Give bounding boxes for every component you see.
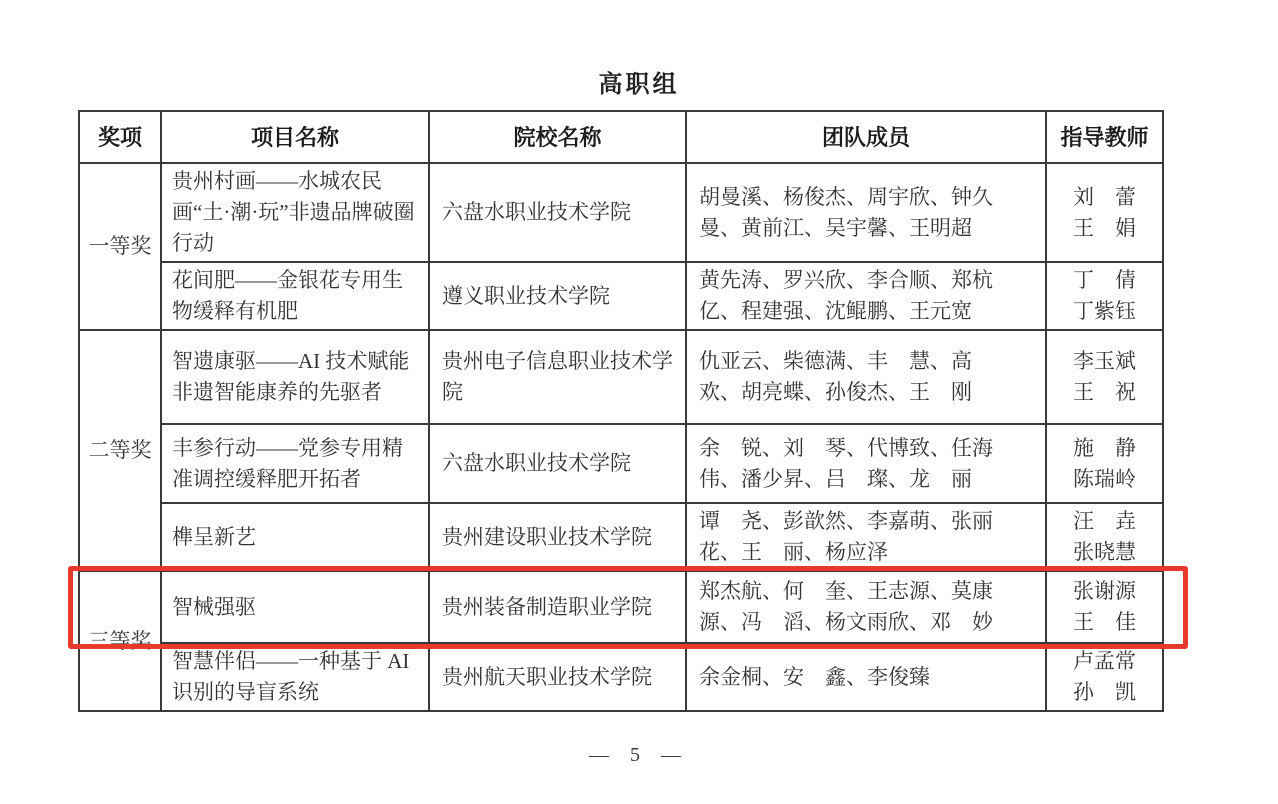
table-header-row: 奖项 项目名称 院校名称 团队成员 指导教师 bbox=[79, 111, 1163, 163]
school-name: 遵义职业技术学院 bbox=[429, 262, 686, 330]
teacher-name: 王 娟 bbox=[1051, 213, 1158, 244]
table-row: 榫呈新艺 贵州建设职业技术学院 谭 尧、彭歆然、李嘉萌、张丽花、王 丽、杨应泽 … bbox=[79, 503, 1163, 571]
school-name: 六盘水职业技术学院 bbox=[429, 163, 686, 262]
column-header-award: 奖项 bbox=[79, 111, 161, 163]
team-members: 胡曼溪、杨俊杰、周宇欣、钟久曼、黄前江、吴宇馨、王明超 bbox=[686, 163, 1046, 262]
table-row: 一等奖 贵州村画——水城农民画“土·潮·玩”非遗品牌破圈行动 六盘水职业技术学院… bbox=[79, 163, 1163, 262]
column-header-teachers: 指导教师 bbox=[1046, 111, 1163, 163]
table-row: 二等奖 智遗康驱——AI 技术赋能非遗智能康养的先驱者 贵州电子信息职业技术学院… bbox=[79, 330, 1163, 424]
project-name: 丰参行动——党参专用精准调控缓释肥开拓者 bbox=[161, 424, 429, 503]
project-name: 花间肥——金银花专用生物缓释有机肥 bbox=[161, 262, 429, 330]
school-name: 贵州装备制造职业学院 bbox=[429, 571, 686, 643]
teachers: 卢孟常 孙 凯 bbox=[1046, 643, 1163, 711]
team-members: 黄先涛、罗兴欣、李合顺、郑杭亿、程建强、沈鲲鹏、王元宽 bbox=[686, 262, 1046, 330]
table-row: 花间肥——金银花专用生物缓释有机肥 遵义职业技术学院 黄先涛、罗兴欣、李合顺、郑… bbox=[79, 262, 1163, 330]
school-name: 贵州电子信息职业技术学院 bbox=[429, 330, 686, 424]
column-header-members: 团队成员 bbox=[686, 111, 1046, 163]
column-header-project: 项目名称 bbox=[161, 111, 429, 163]
teacher-name: 张谢源 bbox=[1051, 576, 1158, 607]
teacher-name: 孙 凯 bbox=[1051, 677, 1158, 708]
team-members: 仇亚云、柴德满、丰 慧、高 欢、胡亮蝶、孙俊杰、王 刚 bbox=[686, 330, 1046, 424]
teacher-name: 丁 倩 bbox=[1051, 265, 1158, 296]
teacher-name: 李玉斌 bbox=[1051, 346, 1158, 377]
award-label-second-prize: 二等奖 bbox=[79, 330, 161, 571]
project-name: 榫呈新艺 bbox=[161, 503, 429, 571]
school-name: 贵州建设职业技术学院 bbox=[429, 503, 686, 571]
award-label-third-prize: 三等奖 bbox=[79, 571, 161, 711]
page-title: 高职组 bbox=[0, 64, 1278, 99]
teacher-name: 王 祝 bbox=[1051, 377, 1158, 408]
document-page: 高职组 奖项 项目名称 院校名称 团队成员 指导教师 一等奖 贵州村画——水城农… bbox=[0, 0, 1278, 804]
teacher-name: 丁紫钰 bbox=[1051, 296, 1158, 327]
team-members: 郑杰航、何 奎、王志源、莫康源、冯 滔、杨文雨欣、邓 妙 bbox=[686, 571, 1046, 643]
teacher-name: 施 静 bbox=[1051, 433, 1158, 464]
teachers: 刘 蕾 王 娟 bbox=[1046, 163, 1163, 262]
project-name: 智慧伴侣——一种基于 AI 识别的导盲系统 bbox=[161, 643, 429, 711]
page-number: — 5 — bbox=[0, 744, 1278, 767]
school-name: 六盘水职业技术学院 bbox=[429, 424, 686, 503]
table-row: 智慧伴侣——一种基于 AI 识别的导盲系统 贵州航天职业技术学院 余金桐、安 鑫… bbox=[79, 643, 1163, 711]
project-name: 贵州村画——水城农民画“土·潮·玩”非遗品牌破圈行动 bbox=[161, 163, 429, 262]
project-name: 智遗康驱——AI 技术赋能非遗智能康养的先驱者 bbox=[161, 330, 429, 424]
column-header-school: 院校名称 bbox=[429, 111, 686, 163]
teachers: 张谢源 王 佳 bbox=[1046, 571, 1163, 643]
team-members: 余 锐、刘 琴、代博致、任海伟、潘少昇、吕 璨、龙 丽 bbox=[686, 424, 1046, 503]
teacher-name: 王 佳 bbox=[1051, 607, 1158, 638]
teacher-name: 陈瑞岭 bbox=[1051, 464, 1158, 495]
teacher-name: 张晓慧 bbox=[1051, 537, 1158, 568]
table-row: 丰参行动——党参专用精准调控缓释肥开拓者 六盘水职业技术学院 余 锐、刘 琴、代… bbox=[79, 424, 1163, 503]
teachers: 李玉斌 王 祝 bbox=[1046, 330, 1163, 424]
team-members: 谭 尧、彭歆然、李嘉萌、张丽花、王 丽、杨应泽 bbox=[686, 503, 1046, 571]
team-members: 余金桐、安 鑫、李俊臻 bbox=[686, 643, 1046, 711]
teacher-name: 汪 垚 bbox=[1051, 506, 1158, 537]
teachers: 丁 倩 丁紫钰 bbox=[1046, 262, 1163, 330]
highlighted-row: 三等奖 智械强驱 贵州装备制造职业学院 郑杰航、何 奎、王志源、莫康源、冯 滔、… bbox=[79, 571, 1163, 643]
project-name: 智械强驱 bbox=[161, 571, 429, 643]
teacher-name: 刘 蕾 bbox=[1051, 182, 1158, 213]
teacher-name: 卢孟常 bbox=[1051, 646, 1158, 677]
school-name: 贵州航天职业技术学院 bbox=[429, 643, 686, 711]
awards-table: 奖项 项目名称 院校名称 团队成员 指导教师 一等奖 贵州村画——水城农民画“土… bbox=[78, 110, 1164, 712]
award-label-first-prize: 一等奖 bbox=[79, 163, 161, 330]
teachers: 施 静 陈瑞岭 bbox=[1046, 424, 1163, 503]
teachers: 汪 垚 张晓慧 bbox=[1046, 503, 1163, 571]
